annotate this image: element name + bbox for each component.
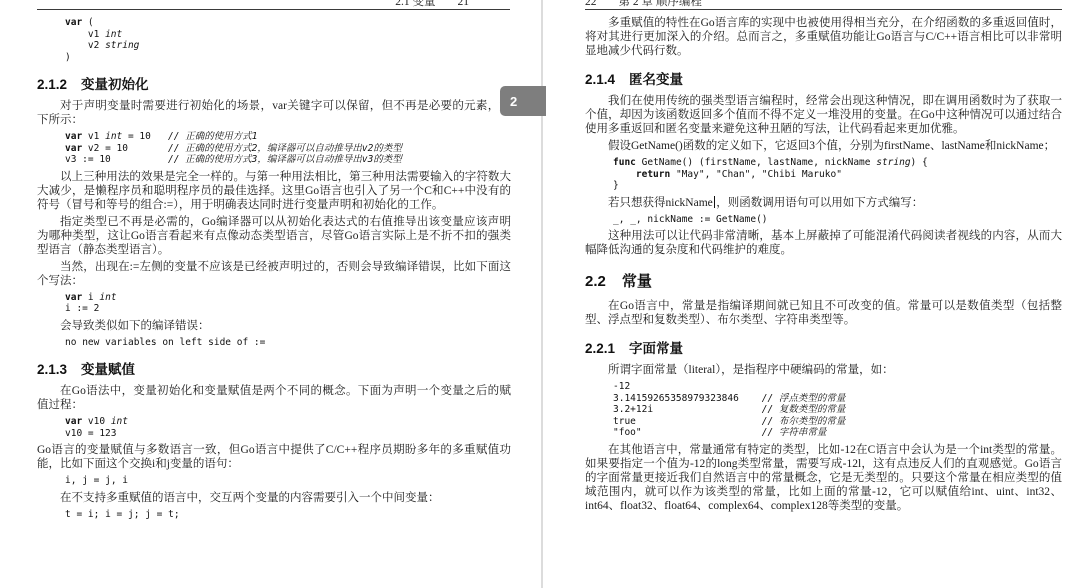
page-content-right: 多重赋值的特性在Go语言库的实现中也被使用得相当充分，在介绍函数的多重返回值时，… — [585, 13, 1062, 516]
chapter-tab: 2 — [500, 86, 546, 116]
code-block: t = i; i = j; j = t; — [65, 509, 511, 521]
code-line: v2 string — [65, 40, 511, 52]
code-line: 3.2+12i // 复数类型的常量 — [613, 404, 1062, 416]
code-line: true // 布尔类型的常量 — [613, 416, 1062, 428]
page-number: 21 — [458, 0, 470, 8]
section-title: 变量赋值 — [81, 362, 135, 377]
code-line: 3.14159265358979323846 // 浮点类型的常量 — [613, 393, 1062, 405]
book-spread: 2.1 变量21 var ( v1 int v2 string)2.1.2变量初… — [0, 0, 1080, 588]
section-number: 2.2.1 — [585, 341, 615, 356]
code-line: var v10 int — [65, 416, 511, 428]
section-heading: 2.1.2变量初始化 — [37, 73, 511, 93]
paragraph-text: 若只想获得nickName — [608, 197, 713, 209]
paragraph-text: ，则函数调用语句可以用如下方式编写： — [716, 197, 923, 209]
code-line: _, _, nickName := GetName() — [613, 214, 1062, 226]
code-line: ) — [65, 52, 511, 64]
paragraph: 对于声明变量时需要进行初始化的场景，var关键字可以保留，但不再是必要的元素，如… — [37, 99, 511, 127]
paragraph: 多重赋值的特性在Go语言库的实现中也被使用得相当充分，在介绍函数的多重返回值时，… — [585, 16, 1062, 58]
paragraph: 我们在使用传统的强类型语言编程时，经常会出现这种情况，即在调用函数时为了获取一个… — [585, 94, 1062, 136]
section-heading: 2.1.3变量赋值 — [37, 358, 511, 378]
page-number: 22 — [585, 0, 597, 8]
code-block: var v10 intv10 = 123 — [65, 416, 511, 439]
paragraph: 在Go语言中，常量是指编译期间就已知且不可改变的值。常量可以是数值类型（包括整型… — [585, 299, 1062, 327]
paragraph: 指定类型已不再是必需的，Go编译器可以从初始化表达式的右值推导出该变量应该声明为… — [37, 215, 511, 257]
section-heading: 2.2.1字面常量 — [585, 337, 1062, 357]
code-line: v3 := 10 // 正确的使用方式3，编译器可以自动推导出v3的类型 — [65, 154, 511, 166]
running-head-left: 2.1 变量21 — [395, 0, 469, 9]
code-line: } — [613, 180, 1062, 192]
section-number: 2.1.3 — [37, 362, 67, 377]
chapter-tab-number: 2 — [510, 94, 517, 109]
code-line: no new variables on left side of := — [65, 337, 511, 349]
section-number: 2.2 — [585, 273, 606, 290]
paragraph: 假设GetName()函数的定义如下，它返回3个值，分别为firstName、l… — [585, 139, 1062, 153]
code-block: var v1 int = 10 // 正确的使用方式1var v2 = 10 /… — [65, 131, 511, 166]
paragraph: 在Go语法中，变量初始化和变量赋值是两个不同的概念。下面为声明一个变量之后的赋值… — [37, 384, 511, 412]
code-block: -123.14159265358979323846 // 浮点类型的常量3.2+… — [613, 381, 1062, 439]
code-block: no new variables on left side of := — [65, 337, 511, 349]
code-block: var i inti := 2 — [65, 292, 511, 315]
paragraph: 在其他语言中，常量通常有特定的类型，比如-12在C语言中会认为是一个int类型的… — [585, 443, 1062, 513]
section-title: 匿名变量 — [629, 72, 683, 87]
code-line: var ( — [65, 17, 511, 29]
section-heading: 2.2常量 — [585, 270, 1062, 291]
paragraph: 以上三种用法的效果是完全一样的。与第一种用法相比，第三种用法需要输入的字符数大大… — [37, 170, 511, 212]
paragraph: 若只想获得nickName，则函数调用语句可以用如下方式编写： — [585, 196, 1062, 210]
running-head-title: 第 2 章 顺序编程 — [619, 0, 702, 8]
code-line: -12 — [613, 381, 1062, 393]
section-title: 常量 — [622, 273, 652, 290]
page-content-left: var ( v1 int v2 string)2.1.2变量初始化对于声明变量时… — [37, 13, 511, 524]
code-block: _, _, nickName := GetName() — [613, 214, 1062, 226]
running-head-right: 22第 2 章 顺序编程 — [585, 0, 702, 9]
section-heading: 2.1.4匿名变量 — [585, 68, 1062, 88]
code-block: func GetName() (firstName, lastName, nic… — [613, 157, 1062, 192]
header-rule — [37, 9, 510, 10]
code-block: var ( v1 int v2 string) — [65, 17, 511, 63]
section-title: 字面常量 — [629, 341, 683, 356]
code-line: var v1 int = 10 // 正确的使用方式1 — [65, 131, 511, 143]
page-right: 22第 2 章 顺序编程 多重赋值的特性在Go语言库的实现中也被使用得相当充分，… — [543, 0, 1080, 588]
section-number: 2.1.4 — [585, 72, 615, 87]
code-line: i, j = j, i — [65, 475, 511, 487]
code-line: var v2 = 10 // 正确的使用方式2，编译器可以自动推导出v2的类型 — [65, 143, 511, 155]
section-number: 2.1.2 — [37, 77, 67, 92]
paragraph: 所谓字面常量（literal），是指程序中硬编码的常量，如： — [585, 363, 1062, 377]
code-line: "foo" // 字符串常量 — [613, 427, 1062, 439]
paragraph: 这种用法可以让代码非常清晰，基本上屏蔽掉了可能混淆代码阅读者视线的内容，从而大幅… — [585, 229, 1062, 257]
paragraph: 在不支持多重赋值的语言中，交互两个变量的内容需要引入一个中间变量： — [37, 491, 511, 505]
page-left: 2.1 变量21 var ( v1 int v2 string)2.1.2变量初… — [0, 0, 541, 588]
code-line: v10 = 123 — [65, 428, 511, 440]
code-line: return "May", "Chan", "Chibi Maruko" — [613, 169, 1062, 181]
code-line: func GetName() (firstName, lastName, nic… — [613, 157, 1062, 169]
header-rule — [585, 9, 1062, 10]
code-line: v1 int — [65, 29, 511, 41]
section-title: 变量初始化 — [81, 77, 149, 92]
paragraph: 会导致类似如下的编译错误： — [37, 319, 511, 333]
code-line: t = i; i = j; j = t; — [65, 509, 511, 521]
code-block: i, j = j, i — [65, 475, 511, 487]
code-line: var i int — [65, 292, 511, 304]
paragraph: 当然，出现在:=左侧的变量不应该是已经被声明过的，否则会导致编译错误，比如下面这… — [37, 260, 511, 288]
code-line: i := 2 — [65, 303, 511, 315]
running-head-title: 2.1 变量 — [395, 0, 435, 8]
paragraph: Go语言的变量赋值与多数语言一致，但Go语言中提供了C/C++程序员期盼多年的多… — [37, 443, 511, 471]
